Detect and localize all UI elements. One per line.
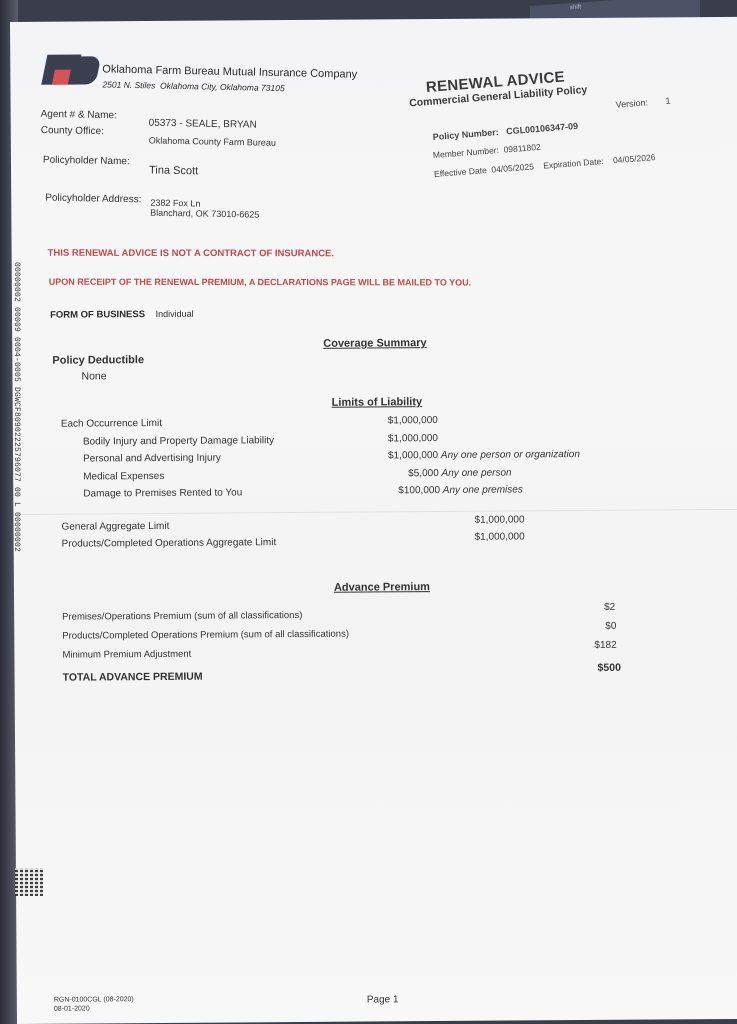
aggregate-label: General Aggregate Limit (61, 521, 169, 533)
policy-number-label: Policy Number: (432, 127, 499, 142)
form-of-business: FORM OF BUSINESS Individual (50, 309, 194, 321)
address-line-2: Blanchard, OK 73010-6625 (150, 208, 259, 220)
policyholder-name-label: Policyholder Name: (43, 155, 130, 168)
premium-label: Premises/Operations Premium (sum of all … (62, 610, 302, 623)
premium-label: Minimum Premium Adjustment (62, 649, 191, 661)
effective-date-label: Effective Date (434, 165, 487, 179)
form-of-business-value: Individual (156, 309, 194, 319)
policyholder-name-value: Tina Scott (149, 164, 198, 177)
total-premium-amount: $500 (597, 662, 620, 674)
limit-amount-value: $1,000,000 (388, 415, 438, 426)
expiration-date-value: 04/05/2026 (613, 152, 656, 165)
notice-receipt: UPON RECEIPT OF THE RENEWAL PREMIUM, A D… (49, 277, 471, 288)
policy-deductible-value: None (81, 370, 106, 382)
renewal-title-block: RENEWAL ADVICE Commercial General Liabil… (425, 67, 587, 108)
member-number-row: Member Number: 09811802 (433, 142, 542, 160)
premium-amount: $2 (604, 602, 615, 613)
limit-note: Any one person (441, 467, 511, 478)
limits-table: Each Occurrence Limit$1,000,000 Bodily I… (10, 17, 737, 22)
farm-bureau-logo-icon (44, 54, 98, 84)
document-page: Oklahoma Farm Bureau Mutual Insurance Co… (10, 17, 737, 1024)
version-label: Version: (615, 97, 648, 109)
company-street: 2501 N. Stiles (102, 79, 155, 90)
limit-label: Bodily Injury and Property Damage Liabil… (83, 435, 274, 447)
limit-label: Personal and Advertising Injury (83, 453, 221, 465)
member-number-label: Member Number: (433, 145, 500, 160)
total-premium-label: TOTAL ADVANCE PREMIUM (63, 671, 203, 684)
premium-amount: $182 (594, 640, 616, 651)
version-row: Version: 1 (615, 96, 671, 110)
company-name: Oklahoma Farm Bureau Mutual Insurance Co… (102, 63, 357, 80)
premium-table: Premises/Operations Premium (sum of all … (10, 17, 737, 22)
aggregate-amount: $1,000,000 (475, 531, 525, 542)
policy-deductible-label: Policy Deductible (52, 354, 144, 367)
notice-not-contract: THIS RENEWAL ADVICE IS NOT A CONTRACT OF… (48, 248, 334, 259)
limit-amount-value: $100,000 (398, 485, 440, 496)
form-of-business-label: FORM OF BUSINESS (50, 309, 145, 321)
policy-number-row: Policy Number: CGL00106347-09 (432, 121, 578, 142)
county-value: Oklahoma County Farm Bureau (149, 135, 276, 147)
form-date-line: 08-01-2020 (54, 1004, 134, 1014)
policyholder-address-value: 2382 Fox Ln Blanchard, OK 73010-6625 (150, 198, 259, 220)
company-address: 2501 N. Stiles Oklahoma City, Oklahoma 7… (102, 79, 284, 93)
limit-note: Any one person or organization (441, 449, 580, 461)
aggregate-label: Products/Completed Operations Aggregate … (62, 537, 277, 549)
aggregate-amount: $1,000,000 (474, 514, 524, 525)
form-code: RGN-0100CGL (08-2020) 08-01-2020 (54, 995, 134, 1014)
limit-amount: $100,000 Any one premises (398, 484, 523, 496)
limit-amount: $5,000 Any one person (408, 467, 512, 479)
limit-label: Damage to Premises Rented to You (83, 487, 242, 499)
side-barcode-text: 00000002 00009 0004-0005 DGWCF8090222579… (12, 262, 21, 552)
limit-note: Any one premises (443, 484, 523, 496)
limits-heading: Limits of Liability (332, 396, 423, 409)
datamatrix-barcode-icon (15, 868, 43, 896)
coverage-summary-heading: Coverage Summary (323, 337, 426, 350)
policyholder-address-label: Policyholder Address: (45, 193, 141, 206)
form-code-line: RGN-0100CGL (08-2020) (54, 995, 134, 1005)
limit-amount: $1,000,000 (388, 415, 438, 426)
limit-label: Each Occurrence Limit (61, 418, 162, 430)
limit-amount-value: $5,000 (408, 468, 439, 479)
limit-amount-value: $1,000,000 (388, 450, 438, 461)
agent-value: 05373 - SEALE, BRYAN (149, 118, 257, 131)
page-number: Page 1 (367, 994, 399, 1005)
policy-number-value: CGL00106347-09 (506, 121, 579, 136)
county-label: County Office: (41, 125, 104, 137)
limit-amount: $1,000,000 Any one person or organizatio… (388, 449, 580, 461)
limit-amount: $1,000,000 (388, 433, 438, 444)
limit-label: Medical Expenses (83, 470, 164, 482)
version-value: 1 (665, 96, 671, 106)
premium-amount: $0 (605, 621, 616, 632)
expiration-date-label: Expiration Date: (543, 156, 604, 171)
member-number-value: 09811802 (503, 142, 541, 155)
company-city: Oklahoma City, Oklahoma 73105 (160, 81, 285, 94)
premium-label: Products/Completed Operations Premium (s… (62, 629, 349, 642)
agent-label: Agent # & Name: (41, 109, 117, 121)
advance-premium-heading: Advance Premium (334, 581, 430, 594)
background-key-label: shift (570, 4, 581, 11)
effective-date-value: 04/05/2025 (491, 161, 534, 174)
paper-fold-line (13, 509, 737, 515)
limit-amount-value: $1,000,000 (388, 433, 438, 444)
aggregate-limits-table: General Aggregate Limit$1,000,000Product… (10, 17, 737, 22)
